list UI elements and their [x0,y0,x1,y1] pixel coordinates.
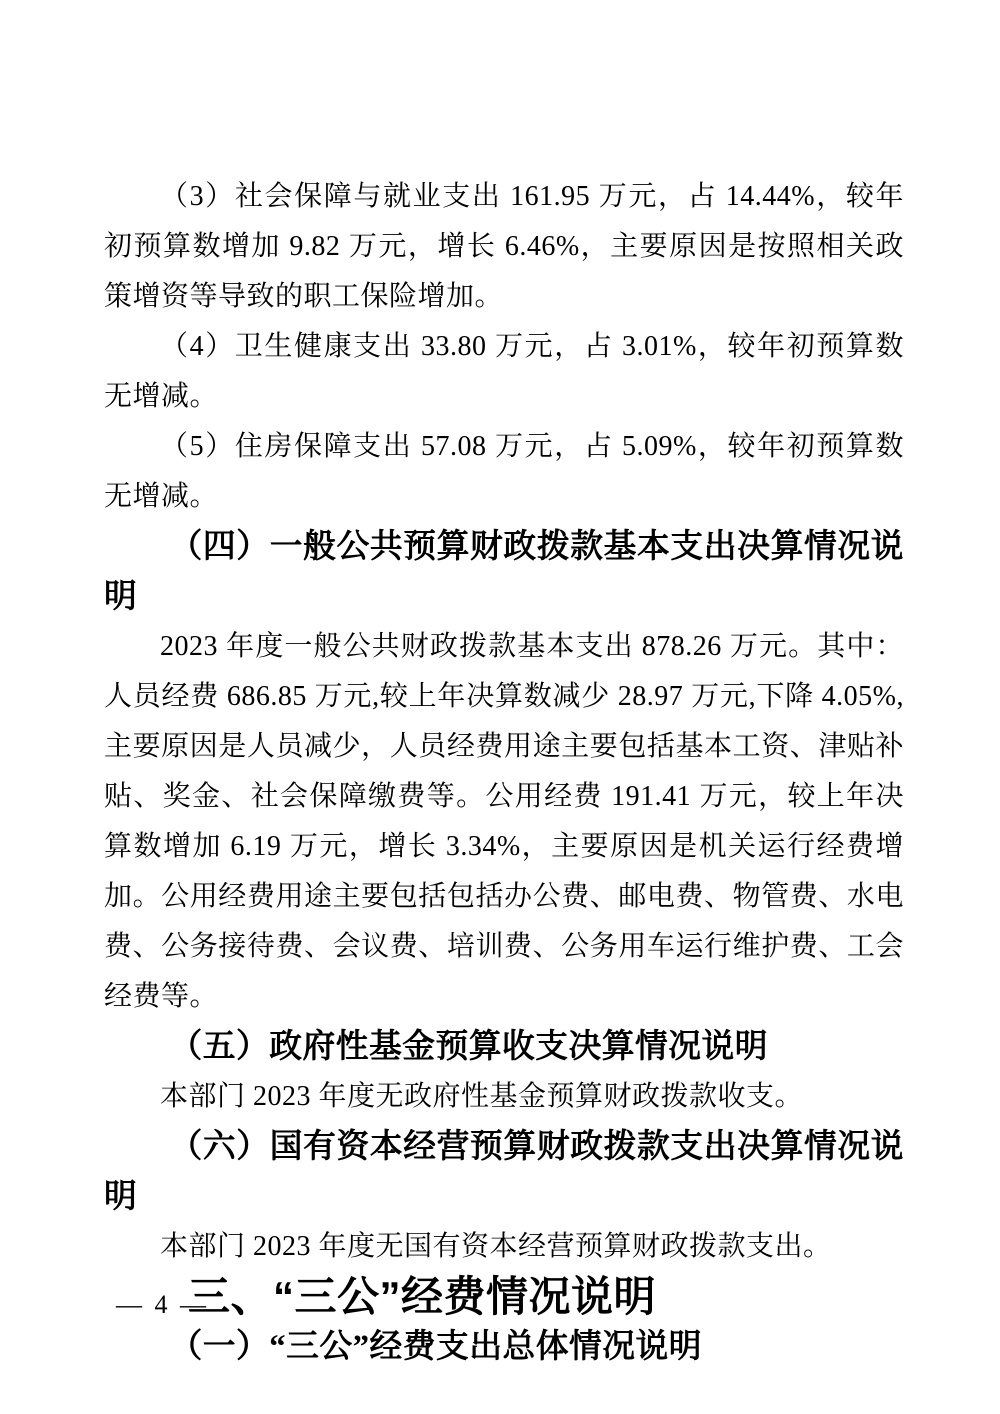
heading-section-6-state-capital: （六）国有资本经营预算财政拨款支出决算情况说明 [104,1122,904,1222]
document-page: （3）社会保障与就业支出 161.95 万元，占 14.44%，较年初预算数增加… [0,0,1000,1414]
heading-section-4-basic-expenditure: （四）一般公共预算财政拨款基本支出决算情况说明 [104,522,904,622]
page-content: （3）社会保障与就业支出 161.95 万元，占 14.44%，较年初预算数增加… [104,172,904,1372]
heading-sub-1-three-public-overall: （一）“三公”经费支出总体情况说明 [104,1322,904,1372]
paragraph-item-5-housing: （5）住房保障支出 57.08 万元，占 5.09%，较年初预算数无增减。 [104,422,904,522]
paragraph-state-capital-note: 本部门 2023 年度无国有资本经营预算财政拨款支出。 [104,1222,904,1272]
paragraph-item-3-social-security: （3）社会保障与就业支出 161.95 万元，占 14.44%，较年初预算数增加… [104,172,904,322]
paragraph-item-4-health: （4）卫生健康支出 33.80 万元，占 3.01%，较年初预算数无增减。 [104,322,904,422]
paragraph-gov-funds-note: 本部门 2023 年度无政府性基金预算财政拨款收支。 [104,1072,904,1122]
heading-part-3-three-public-funds: 三、“三公”经费情况说明 [104,1272,904,1322]
heading-section-5-gov-funds: （五）政府性基金预算收支决算情况说明 [104,1022,904,1072]
paragraph-basic-expenditure-detail: 2023 年度一般公共财政拨款基本支出 878.26 万元。其中：人员经费 68… [104,622,904,1022]
page-number: — 4 — [116,1289,209,1321]
